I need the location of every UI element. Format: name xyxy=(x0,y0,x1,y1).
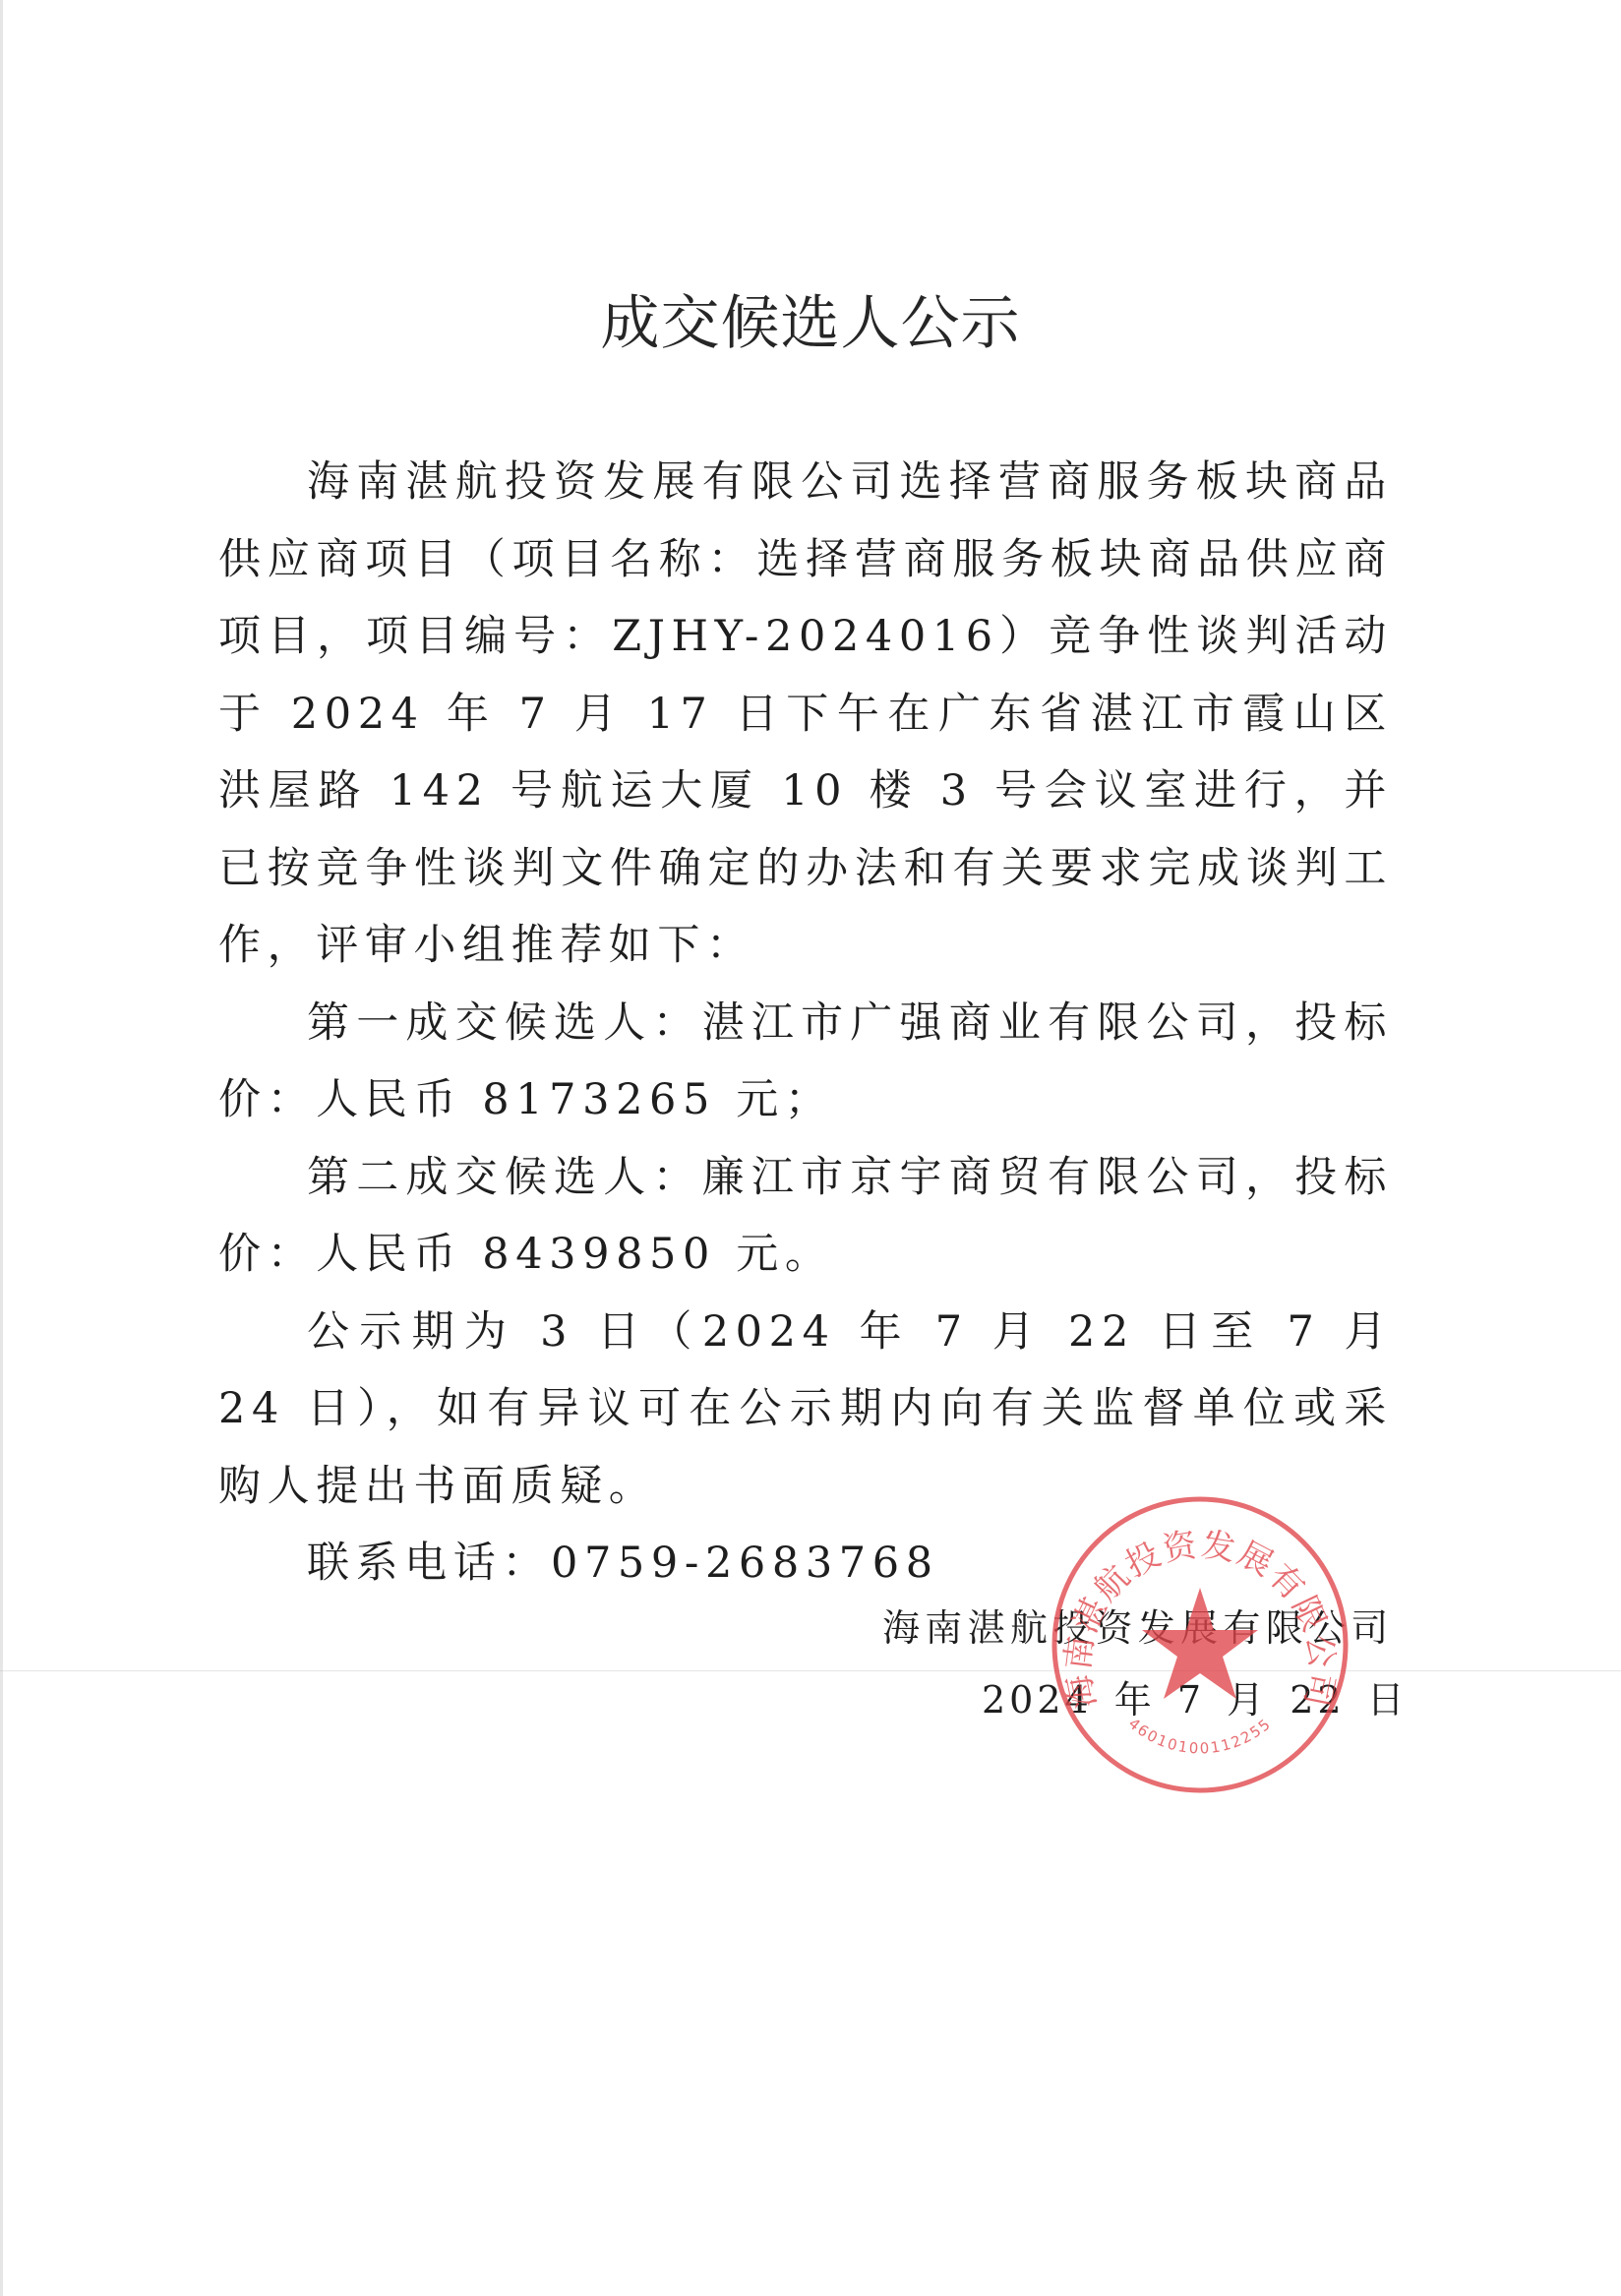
second-candidate-paragraph: 第二成交候选人：廉江市京宇商贸有限公司，投标价：人民币 8439850 元。 xyxy=(218,1139,1393,1294)
first-candidate-paragraph: 第一成交候选人：湛江市广强商业有限公司，投标价：人民币 8173265 元； xyxy=(218,985,1393,1139)
document-page: 成交候选人公示 海南湛航投资发展有限公司选择营商服务板块商品供应商项目（项目名称… xyxy=(0,0,1621,2296)
seal-serial: 46010100112255 xyxy=(1125,1715,1275,1758)
document-body: 海南湛航投资发展有限公司选择营商服务板块商品供应商项目（项目名称：选择营商服务板… xyxy=(218,444,1393,1602)
scan-artifact-line xyxy=(0,1670,1621,1671)
company-seal-icon: 海南湛航投资发展有限公司 46010100112255 xyxy=(1050,1494,1351,1795)
page-title: 成交候选人公示 xyxy=(0,291,1621,356)
intro-paragraph: 海南湛航投资发展有限公司选择营商服务板块商品供应商项目（项目名称：选择营商服务板… xyxy=(218,444,1393,985)
publicity-period-paragraph: 公示期为 3 日（2024 年 7 月 22 日至 7 月 24 日），如有异议… xyxy=(218,1294,1393,1526)
